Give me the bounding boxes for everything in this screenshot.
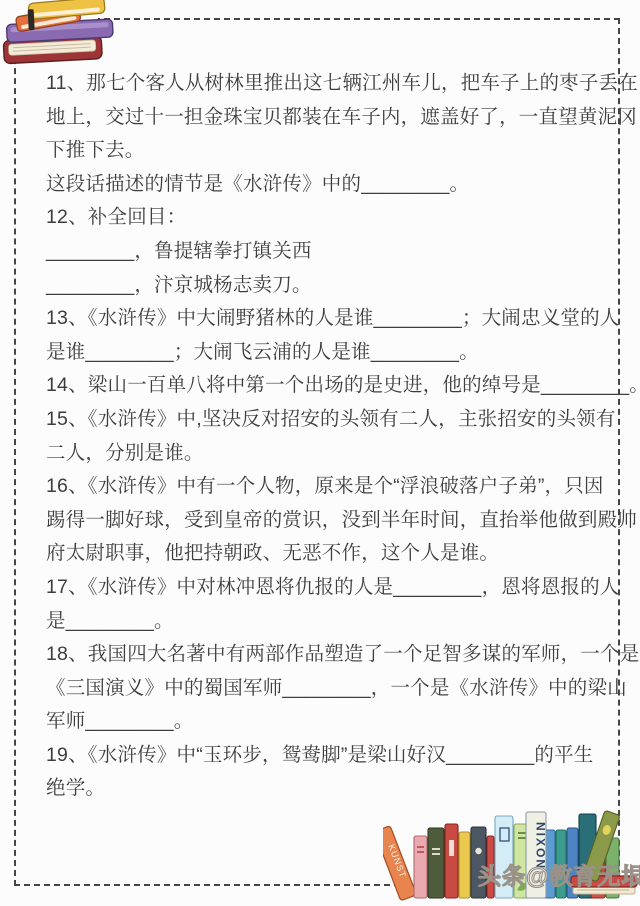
text-line: 14、梁山一百单八将中第一个出场的是史进，他的绰号是________。 [46, 369, 608, 403]
text-line: ________，鲁提辖拳打镇关西 [46, 235, 608, 269]
text-line: 这段话描述的情节是《水浒传》中的________。 [46, 168, 608, 202]
text-line: 18、我国四大名著中有两部作品塑造了一个足智多谋的军师，一个是 [46, 638, 608, 672]
worksheet-page: 11、那七个客人从树林里推出这七辆江州车儿，把车子上的枣子丢在地上，交过十一担金… [0, 0, 640, 906]
text-line: 二人，分别是谁。 [46, 437, 608, 471]
text-line: ________，汴京城杨志卖刀。 [46, 269, 608, 303]
text-line: 13、《水浒传》中大闹野猪林的人是谁________；大闹忠义堂的人 [46, 302, 608, 336]
text-line: 府太尉职事，他把持朝政、无恶不作，这个人是谁。 [46, 537, 608, 571]
text-line: 11、那七个客人从树林里推出这七辆江州车儿，把车子上的枣子丢在 [46, 67, 608, 101]
text-line: 踢得一脚好球，受到皇帝的赏识，没到半年时间，直抬举他做到殿帅 [46, 504, 608, 538]
text-line: 12、补全回目： [46, 201, 608, 235]
text-line: 《三国演义》中的蜀国军师________，一个是《水浒传》中的梁山 [46, 672, 608, 706]
text-line: 17、《水浒传》中对林冲恩将仇报的人是________，恩将恩报的人 [46, 571, 608, 605]
text-line: 是谁________；大闹飞云浦的人是谁________。 [46, 336, 608, 370]
books-stack-icon [0, 0, 120, 66]
text-line: 是________。 [46, 605, 608, 639]
watermark-text: 头条@教育无垠 [478, 858, 640, 891]
worksheet-lines: 11、那七个客人从树林里推出这七辆江州车儿，把车子上的枣子丢在地上，交过十一担金… [46, 67, 608, 806]
text-line: 15、《水浒传》中,坚决反对招安的头领有二人，主张招安的头领有 [46, 403, 608, 437]
text-line: 军师________。 [46, 705, 608, 739]
text-line: 16、《水浒传》中有一个人物，原来是个“浮浪破落户子弟”，只因 [46, 470, 608, 504]
text-line: 下推下去。 [46, 134, 608, 168]
text-line: 19、《水浒传》中“玉环步，鸳鸯脚”是梁山好汉________的平生 [46, 739, 608, 773]
text-line: 地上，交过十一担金珠宝贝都装在车子内，遮盖好了，一直望黄泥冈 [46, 101, 608, 135]
